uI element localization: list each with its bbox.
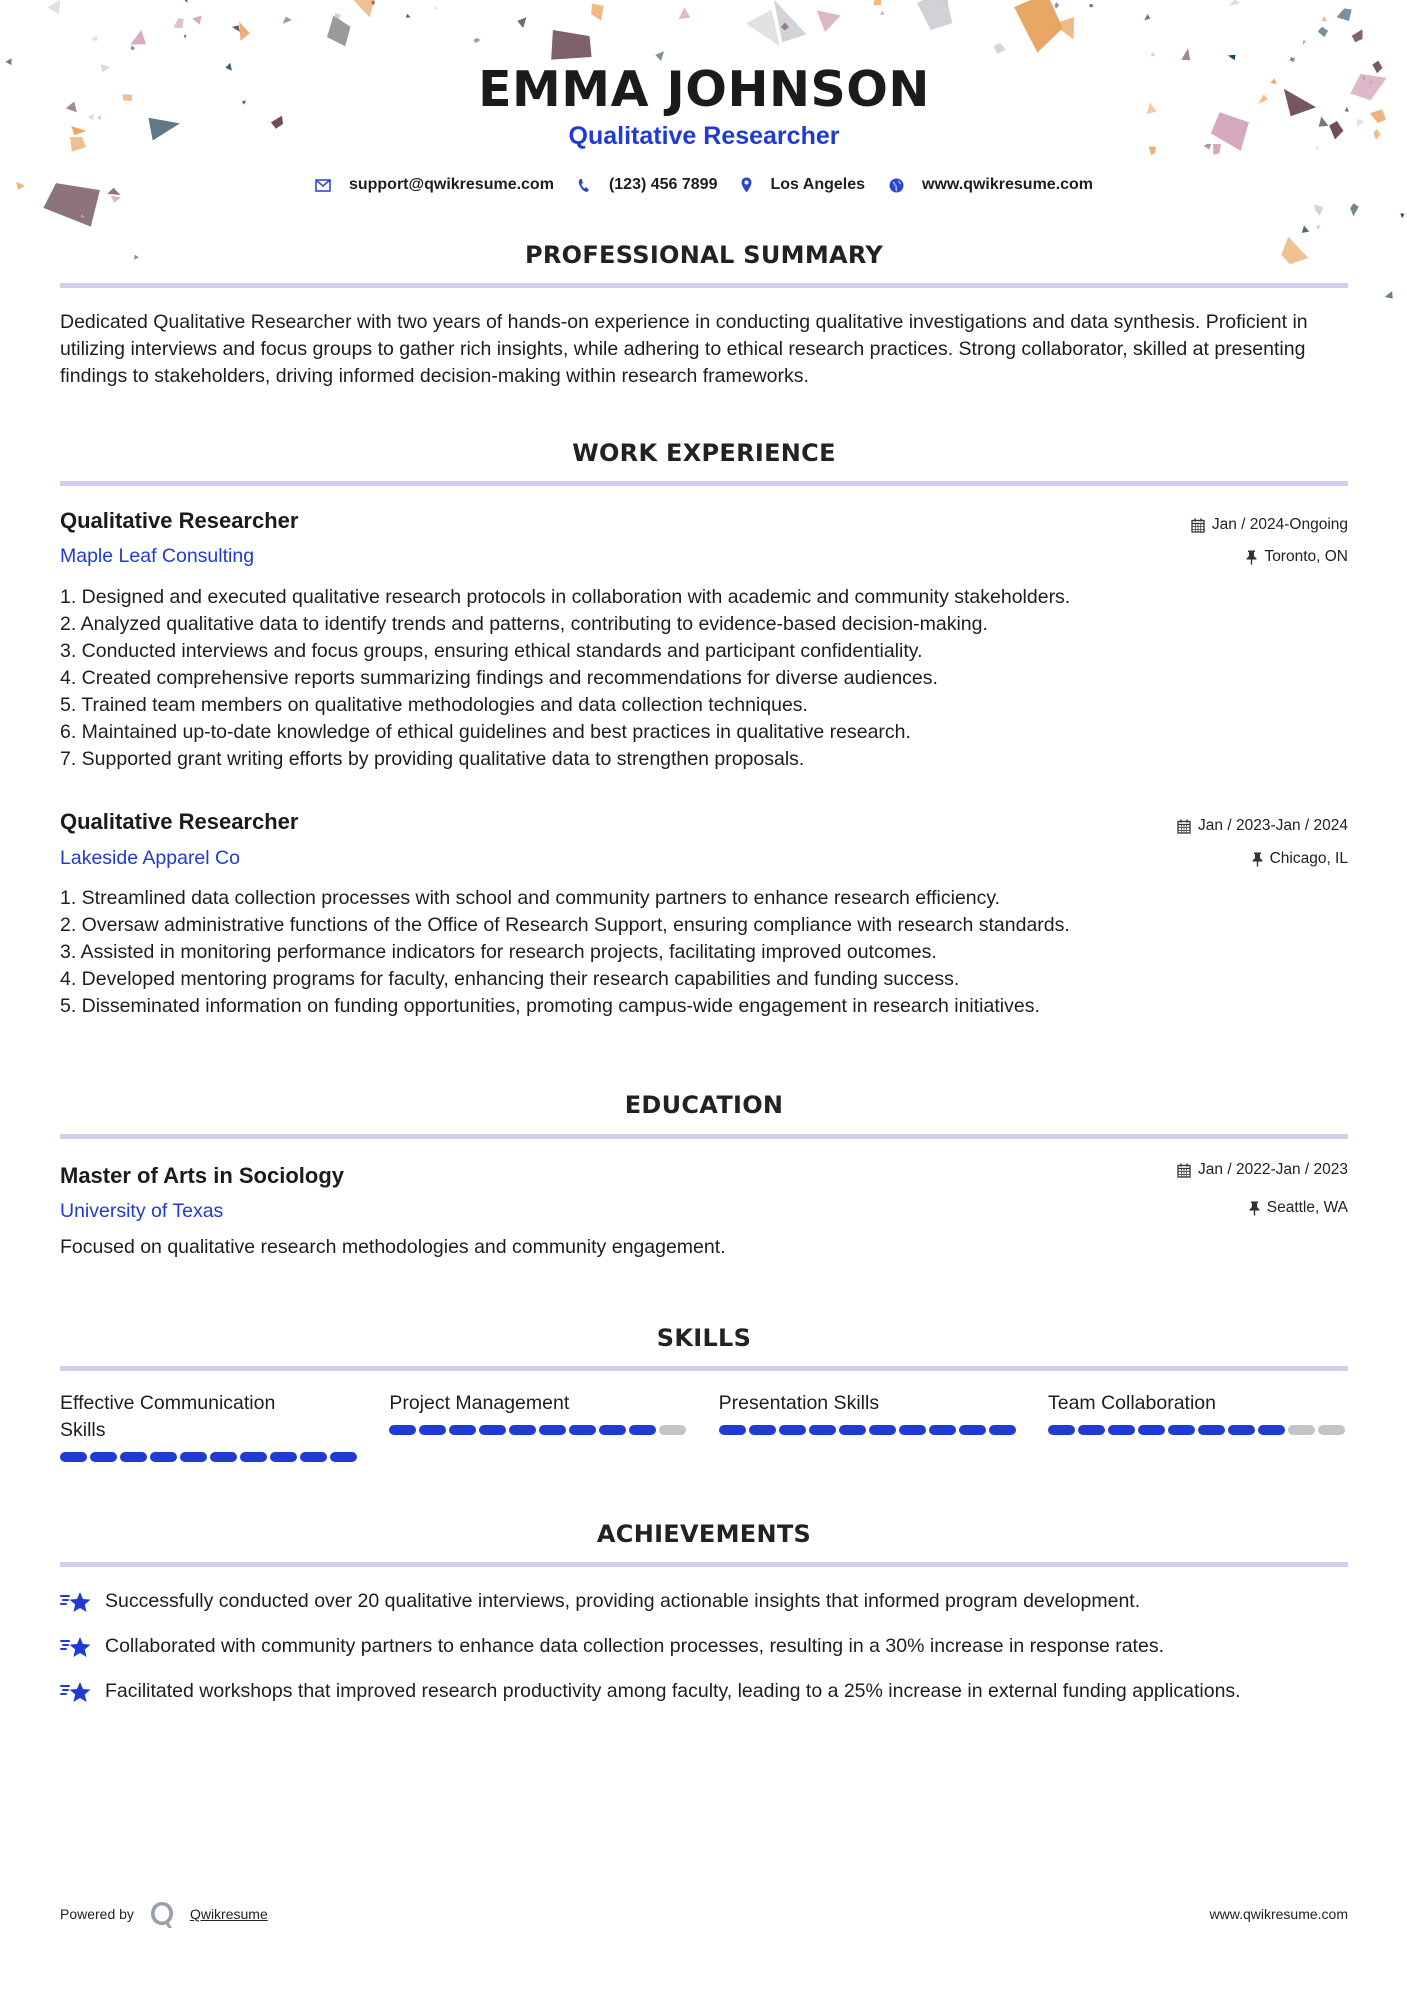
skill-rating-segment [539, 1425, 566, 1435]
skill-rating-segment [719, 1425, 746, 1435]
skill-item: Presentation Skills [719, 1390, 1019, 1462]
skill-rating-segment [240, 1452, 267, 1462]
education-location: Seattle, WA [1249, 1198, 1348, 1218]
achievement-text: Collaborated with community partners to … [105, 1633, 1315, 1660]
job-dates-text: Jan / 2024-Ongoing [1212, 515, 1348, 535]
skill-rating-segment [1138, 1425, 1165, 1435]
school-name: University of Texas [60, 1198, 223, 1224]
job-company: Lakeside Apparel Co [60, 845, 240, 871]
achievement-text: Facilitated workshops that improved rese… [105, 1678, 1315, 1705]
job-location-text: Toronto, ON [1264, 547, 1348, 567]
skill-rating-segment [779, 1425, 806, 1435]
achievement-item: Successfully conducted over 20 qualitati… [60, 1588, 1348, 1616]
job-bullets: 1. Streamlined data collection processes… [60, 885, 1348, 1020]
skill-item: Effective Communication Skills [60, 1390, 360, 1462]
job-bullet: 6. Maintained up-to-date knowledge of et… [60, 719, 1348, 746]
skills-heading: SKILLS [60, 1323, 1348, 1353]
skill-rating-segment [569, 1425, 596, 1435]
job-location: Chicago, IL [1252, 849, 1348, 869]
contact-website-text: www.qwikresume.com [922, 176, 1093, 194]
calendar-icon [1191, 518, 1205, 533]
skill-rating-segment [1228, 1425, 1255, 1435]
skill-rating-segment [959, 1425, 986, 1435]
job-bullet: 5. Trained team members on qualitative m… [60, 692, 1348, 719]
job-title: Qualitative Researcher [60, 808, 298, 836]
job-bullet: 3. Assisted in monitoring performance in… [60, 939, 1348, 966]
skill-rating-segment [1168, 1425, 1195, 1435]
contact-email[interactable]: support@qwikresume.com [315, 176, 554, 194]
skill-rating-segment [1108, 1425, 1135, 1435]
skill-rating-segment [60, 1452, 87, 1462]
envelope-icon [315, 179, 331, 192]
achievement-item: Facilitated workshops that improved rese… [60, 1678, 1348, 1706]
job-bullets: 1. Designed and executed qualitative res… [60, 584, 1348, 773]
skill-name: Presentation Skills [719, 1390, 1019, 1417]
pushpin-icon [1246, 550, 1257, 565]
skill-rating-segment [300, 1452, 327, 1462]
globe-icon [889, 178, 904, 193]
calendar-icon [1177, 1163, 1191, 1178]
skill-rating-segment [180, 1452, 207, 1462]
powered-by: Powered by Qwikresume [60, 1899, 268, 1929]
summary-heading: PROFESSIONAL SUMMARY [60, 240, 1348, 270]
job-location: Toronto, ON [1246, 547, 1348, 567]
phone-icon [578, 178, 591, 193]
skill-rating-bar [389, 1425, 689, 1435]
skill-rating-segment [509, 1425, 536, 1435]
job-bullet: 4. Developed mentoring programs for facu… [60, 966, 1348, 993]
education-divider [60, 1134, 1348, 1139]
education-dates-text: Jan / 2022-Jan / 2023 [1198, 1160, 1348, 1180]
skill-rating-segment [150, 1452, 177, 1462]
skill-rating-segment [1258, 1425, 1285, 1435]
skill-rating-segment [1318, 1425, 1345, 1435]
education-dates: Jan / 2022-Jan / 2023 [1177, 1160, 1348, 1180]
job-title: Qualitative Researcher [60, 507, 298, 535]
skill-rating-segment [629, 1425, 656, 1435]
contact-location: Los Angeles [741, 176, 865, 194]
skill-rating-segment [929, 1425, 956, 1435]
skill-rating-segment [449, 1425, 476, 1435]
skill-rating-segment [749, 1425, 776, 1435]
summary-text: Dedicated Qualitative Researcher with tw… [60, 309, 1348, 390]
pushpin-icon [1249, 1201, 1260, 1216]
star-icon [60, 1635, 92, 1661]
job-bullet: 1. Designed and executed qualitative res… [60, 584, 1348, 611]
skill-rating-segment [419, 1425, 446, 1435]
skill-rating-segment [989, 1425, 1016, 1435]
achievements-heading: ACHIEVEMENTS [60, 1519, 1348, 1549]
skill-rating-segment [1078, 1425, 1105, 1435]
skill-rating-bar [719, 1425, 1019, 1435]
job-bullet: 2. Analyzed qualitative data to identify… [60, 611, 1348, 638]
skill-rating-segment [809, 1425, 836, 1435]
qwikresume-logo-icon [148, 1899, 176, 1929]
calendar-icon [1177, 819, 1191, 834]
footer-website[interactable]: www.qwikresume.com [1210, 1906, 1348, 1922]
star-icon [60, 1680, 92, 1706]
candidate-title: Qualitative Researcher [60, 120, 1348, 152]
achievement-text: Successfully conducted over 20 qualitati… [105, 1588, 1315, 1615]
education-location-text: Seattle, WA [1267, 1198, 1348, 1218]
skill-name: Effective Communication Skills [60, 1390, 320, 1444]
education-heading: EDUCATION [60, 1090, 1348, 1120]
experience-heading: WORK EXPERIENCE [60, 438, 1348, 468]
skill-rating-segment [90, 1452, 117, 1462]
achievement-item: Collaborated with community partners to … [60, 1633, 1348, 1661]
skill-rating-segment [1048, 1425, 1075, 1435]
skill-rating-segment [899, 1425, 926, 1435]
education-description: Focused on qualitative research methodol… [60, 1234, 1348, 1261]
star-icon [60, 1590, 92, 1616]
skill-rating-bar [60, 1452, 360, 1462]
skill-rating-segment [330, 1452, 357, 1462]
skill-rating-segment [210, 1452, 237, 1462]
job-bullet: 4. Created comprehensive reports summari… [60, 665, 1348, 692]
job-bullet: 1. Streamlined data collection processes… [60, 885, 1348, 912]
degree-title: Master of Arts in Sociology [60, 1162, 344, 1190]
summary-divider [60, 283, 1348, 288]
contact-phone[interactable]: (123) 456 7899 [578, 176, 718, 194]
skill-rating-segment [270, 1452, 297, 1462]
skill-rating-segment [1288, 1425, 1315, 1435]
skill-rating-segment [120, 1452, 147, 1462]
contact-email-text: support@qwikresume.com [349, 176, 554, 194]
skill-rating-segment [599, 1425, 626, 1435]
skill-rating-segment [479, 1425, 506, 1435]
contact-location-text: Los Angeles [770, 176, 865, 194]
skills-divider [60, 1366, 1348, 1371]
candidate-name: EMMA JOHNSON [60, 60, 1348, 120]
skill-rating-segment [389, 1425, 416, 1435]
skill-rating-segment [659, 1425, 686, 1435]
skill-name: Team Collaboration [1048, 1390, 1348, 1417]
job-dates-text: Jan / 2023-Jan / 2024 [1198, 816, 1348, 836]
skill-rating-segment [839, 1425, 866, 1435]
map-marker-icon [741, 177, 752, 193]
pushpin-icon [1252, 852, 1263, 867]
skill-rating-bar [1048, 1425, 1348, 1435]
skill-name: Project Management [389, 1390, 689, 1417]
job-bullet: 7. Supported grant writing efforts by pr… [60, 746, 1348, 773]
job-dates: Jan / 2024-Ongoing [1191, 515, 1348, 535]
job-dates: Jan / 2023-Jan / 2024 [1177, 816, 1348, 836]
qwikresume-link[interactable]: Qwikresume [190, 1906, 268, 1922]
skill-rating-segment [869, 1425, 896, 1435]
skill-item: Project Management [389, 1390, 689, 1462]
job-bullet: 2. Oversaw administrative functions of t… [60, 912, 1348, 939]
job-location-text: Chicago, IL [1270, 849, 1348, 869]
job-company: Maple Leaf Consulting [60, 543, 254, 569]
footer: Powered by Qwikresume www.qwikresume.com [60, 1897, 1348, 1931]
powered-by-label: Powered by [60, 1906, 134, 1922]
achievements-list: Successfully conducted over 20 qualitati… [60, 1588, 1348, 1723]
contact-website[interactable]: www.qwikresume.com [889, 176, 1093, 194]
skills-grid: Effective Communication SkillsProject Ma… [60, 1390, 1348, 1462]
skill-item: Team Collaboration [1048, 1390, 1348, 1462]
job-bullet: 5. Disseminated information on funding o… [60, 993, 1348, 1020]
experience-divider [60, 481, 1348, 486]
job-bullet: 3. Conducted interviews and focus groups… [60, 638, 1348, 665]
contact-row: support@qwikresume.com (123) 456 7899 Lo… [60, 172, 1348, 198]
achievements-divider [60, 1562, 1348, 1567]
skill-rating-segment [1198, 1425, 1225, 1435]
contact-phone-text: (123) 456 7899 [609, 176, 718, 194]
